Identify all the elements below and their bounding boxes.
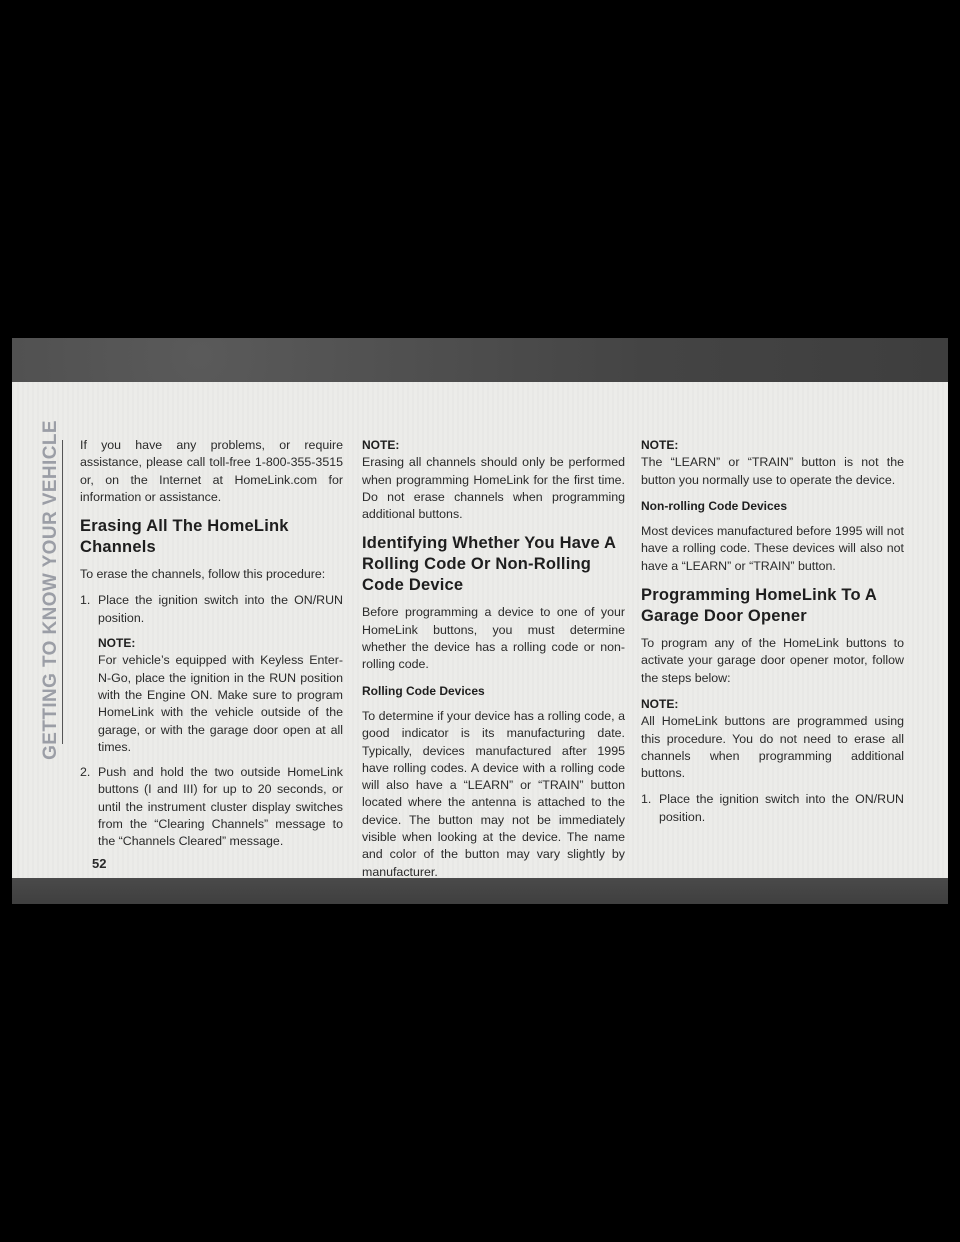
step-number: 1.	[80, 592, 90, 609]
side-divider	[62, 440, 63, 744]
step-text: Place the ignition switch into the ON/RU…	[98, 593, 343, 624]
step-number: 2.	[80, 764, 90, 781]
step-1-note: NOTE: For vehicle’s equipped with Keyles…	[98, 635, 343, 756]
note-learn-train: NOTE: The “LEARN” or “TRAIN” button is n…	[641, 437, 904, 489]
programming-step-1: 1. Place the ignition switch into the ON…	[641, 791, 904, 826]
page-number: 52	[92, 856, 106, 871]
identify-intro: Before programming a device to one of yo…	[362, 604, 625, 673]
header-band	[12, 338, 948, 382]
heading-erasing-channels: Erasing All The HomeLink Channels	[80, 516, 343, 558]
rolling-code-body: To determine if your device has a rollin…	[362, 708, 625, 881]
erase-lead: To erase the channels, follow this proce…	[80, 566, 343, 583]
column-2: NOTE: Erasing all channels should only b…	[362, 437, 625, 890]
page-content: GETTING TO KNOW YOUR VEHICLE If you have…	[12, 382, 948, 878]
note-erasing: NOTE: Erasing all channels should only b…	[362, 437, 625, 523]
column-3: NOTE: The “LEARN” or “TRAIN” button is n…	[641, 437, 904, 834]
note-label: NOTE:	[641, 696, 904, 713]
section-side-label: GETTING TO KNOW YOUR VEHICLE	[42, 436, 60, 744]
programming-intro: To program any of the HomeLink buttons t…	[641, 635, 904, 687]
note-text: Erasing all channels should only be perf…	[362, 454, 625, 523]
footer-band	[12, 878, 948, 904]
erase-step-1: 1. Place the ignition switch into the ON…	[80, 592, 343, 756]
step-text: Push and hold the two outside HomeLink b…	[98, 765, 343, 848]
erase-steps: 1. Place the ignition switch into the ON…	[80, 592, 343, 850]
manual-page: GETTING TO KNOW YOUR VEHICLE If you have…	[12, 338, 948, 904]
non-rolling-body: Most devices manufactured before 1995 wi…	[641, 523, 904, 575]
column-1: If you have any problems, or require ass…	[80, 437, 343, 859]
subheading-rolling-code: Rolling Code Devices	[362, 683, 625, 700]
note-programming: NOTE: All HomeLink buttons are programme…	[641, 696, 904, 782]
note-label: NOTE:	[362, 437, 625, 454]
note-text: The “LEARN” or “TRAIN” button is not the…	[641, 454, 904, 489]
note-label: NOTE:	[641, 437, 904, 454]
note-text: All HomeLink buttons are programmed usin…	[641, 713, 904, 782]
step-text: Place the ignition switch into the ON/RU…	[659, 792, 904, 823]
programming-steps: 1. Place the ignition switch into the ON…	[641, 791, 904, 826]
subheading-non-rolling: Non-rolling Code Devices	[641, 498, 904, 515]
step-number: 1.	[641, 791, 651, 808]
intro-paragraph: If you have any problems, or require ass…	[80, 437, 343, 506]
heading-identifying-code: Identifying Whether You Have A Rolling C…	[362, 533, 625, 596]
note-text: For vehicle’s equipped with Keyless Ente…	[98, 653, 343, 753]
erase-step-2: 2. Push and hold the two outside HomeLin…	[80, 764, 343, 850]
section-side-label-text: GETTING TO KNOW YOUR VEHICLE	[40, 420, 62, 760]
heading-programming-garage: Programming HomeLink To A Garage Door Op…	[641, 585, 904, 627]
note-label: NOTE:	[98, 635, 343, 652]
